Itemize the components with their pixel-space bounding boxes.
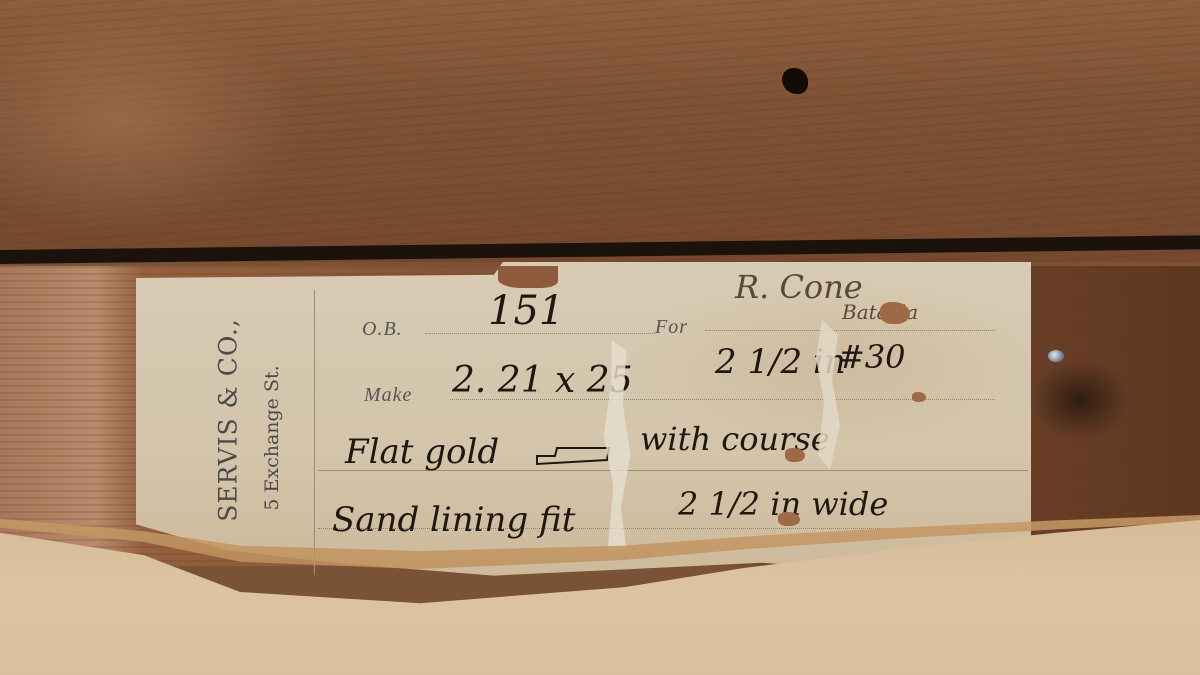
order-number: 151 [488,288,564,334]
label-divider-line [314,290,315,575]
wood-board-top [0,0,1200,262]
field-label-for: For [655,316,688,339]
nail-head [1048,350,1064,362]
wood-knot-hole [782,68,808,94]
label-hole-3 [778,512,800,526]
make-quantity: 2. 21 x 25 [452,360,633,401]
for-dotted-rule [705,330,995,331]
label-hole [880,302,910,324]
moulding-profile-sketch-icon [535,446,611,466]
label-hole-4 [912,392,926,402]
company-address: 5 Exchange St. [261,365,283,510]
field-label-make: Make [364,384,412,407]
field-label-ob: O.B. [362,318,403,341]
line-sand-lining: Sand lining fit [332,500,575,540]
line-flat-gold: Flat gold [345,432,499,472]
moulding-number: #30 [838,338,906,376]
company-name: SERVIS & CO., [214,318,243,522]
label-hole-2 [785,448,805,462]
label-tear [498,266,558,288]
burn-mark [1030,360,1130,440]
